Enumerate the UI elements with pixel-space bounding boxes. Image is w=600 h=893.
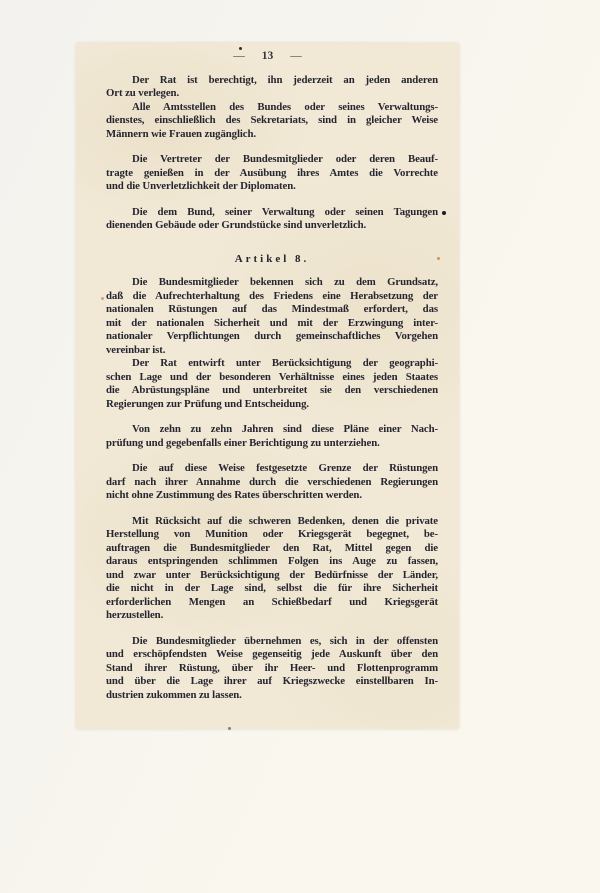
text-line: nationalen Rüstungen auf das Mindestmaß … [106,303,438,317]
text-line: dienenden Gebäude oder Grundstücke sind … [106,219,438,233]
text-line: erforderlichen Mengen an Schießbedarf un… [106,596,438,610]
text-line: schen Lage und der besonderen Verhältnis… [106,371,438,385]
text-line: tragte genießen in der Ausübung ihres Am… [106,167,438,181]
scan-background: — 13 — Der Rat ist berechtigt, ihn jeder… [0,0,600,893]
header-dash-right: — [290,50,302,64]
text-line: dienstes, einschließlich des Sekretariat… [106,114,438,128]
text-line: die nicht in der Lage sind, selbst die f… [106,582,438,596]
text-line: mit der nationalen Sicherheit und mit de… [106,317,438,331]
paragraph: Der Rat entwirft unter Berücksichtigung … [106,357,438,411]
text-line: und zwar unter Berücksichtigung der Bedü… [106,569,438,583]
ink-speck [239,47,242,50]
text-line: die Abrüstungspläne und unterbreitet sie… [106,384,438,398]
text-line: und erschöpfendsten Weise gegenseitig je… [106,648,438,662]
text-line: Die auf diese Weise festgesetzte Grenze … [106,462,438,476]
page-header: — 13 — [76,43,459,64]
text-line: Die Vertreter der Bundesmitglieder oder … [106,153,438,167]
page-number: 13 [262,50,274,64]
text-line: Die dem Bund, seiner Verwaltung oder sei… [106,206,438,220]
text-line: prüfung und gegebenfalls einer Berichtig… [106,437,438,451]
text-line: Mit Rücksicht auf die schweren Bedenken,… [106,515,438,529]
text-line: nicht ohne Zustimmung des Rates überschr… [106,489,438,503]
text-line: daß die Aufrechterhaltung des Friedens e… [106,290,438,304]
paragraph: Die Bundesmitglieder übernehmen es, sich… [106,635,438,703]
text-line: und über die Lage ihrer auf Kriegszwecke… [106,675,438,689]
paragraph: Die auf diese Weise festgesetzte Grenze … [106,462,438,503]
text-line: Der Rat ist berechtigt, ihn jederzeit an… [106,74,438,88]
text-line: Herstellung von Munition oder Kriegsgerä… [106,528,438,542]
header-dash-left: — [233,50,245,64]
article-heading: Artikel 8. [106,253,438,267]
ink-speck [442,211,446,215]
text-line: Regierungen zur Prüfung und Entscheidung… [106,398,438,412]
text-line: Männern wie Frauen zugänglich. [106,128,438,142]
text-line: herzustellen. [106,609,438,623]
text-line: nationaler Verpflichtungen durch gemeins… [106,330,438,344]
text-line: Der Rat entwirft unter Berücksichtigung … [106,357,438,371]
page-text: Der Rat ist berechtigt, ihn jederzeit an… [106,74,438,703]
text-line: Ort zu verlegen. [106,87,438,101]
paragraph: Von zehn zu zehn Jahren sind diese Pläne… [106,423,438,450]
paragraph: Mit Rücksicht auf die schweren Bedenken,… [106,515,438,623]
text-line: Die Bundesmitglieder übernehmen es, sich… [106,635,438,649]
text-line: Alle Amtsstellen des Bundes oder seines … [106,101,438,115]
text-line: auftragen die Bundesmitglieder den Rat, … [106,542,438,556]
paragraph: Alle Amtsstellen des Bundes oder seines … [106,101,438,142]
text-line: und die Unverletzlichkeit der Diplomaten… [106,180,438,194]
text-line: vereinbar ist. [106,344,438,358]
paragraph: Die dem Bund, seiner Verwaltung oder sei… [106,206,438,233]
ink-speck [437,257,440,260]
text-line: Von zehn zu zehn Jahren sind diese Pläne… [106,423,438,437]
text-line: darf nach ihrer Annahme durch die versch… [106,476,438,490]
text-line: dustrien zukommen zu lassen. [106,689,438,703]
paragraph: Die Vertreter der Bundesmitglieder oder … [106,153,438,194]
document-page: — 13 — Der Rat ist berechtigt, ihn jeder… [76,43,459,729]
text-line: daraus entspringenden schlimmen Folgen i… [106,555,438,569]
ink-speck [101,297,104,300]
paragraph: Der Rat ist berechtigt, ihn jederzeit an… [106,74,438,101]
text-line: Stand ihrer Rüstung, über ihr Heer- und … [106,662,438,676]
text-line: Die Bundesmitglieder bekennen sich zu de… [106,276,438,290]
ink-speck [228,727,231,730]
paragraph: Die Bundesmitglieder bekennen sich zu de… [106,276,438,357]
